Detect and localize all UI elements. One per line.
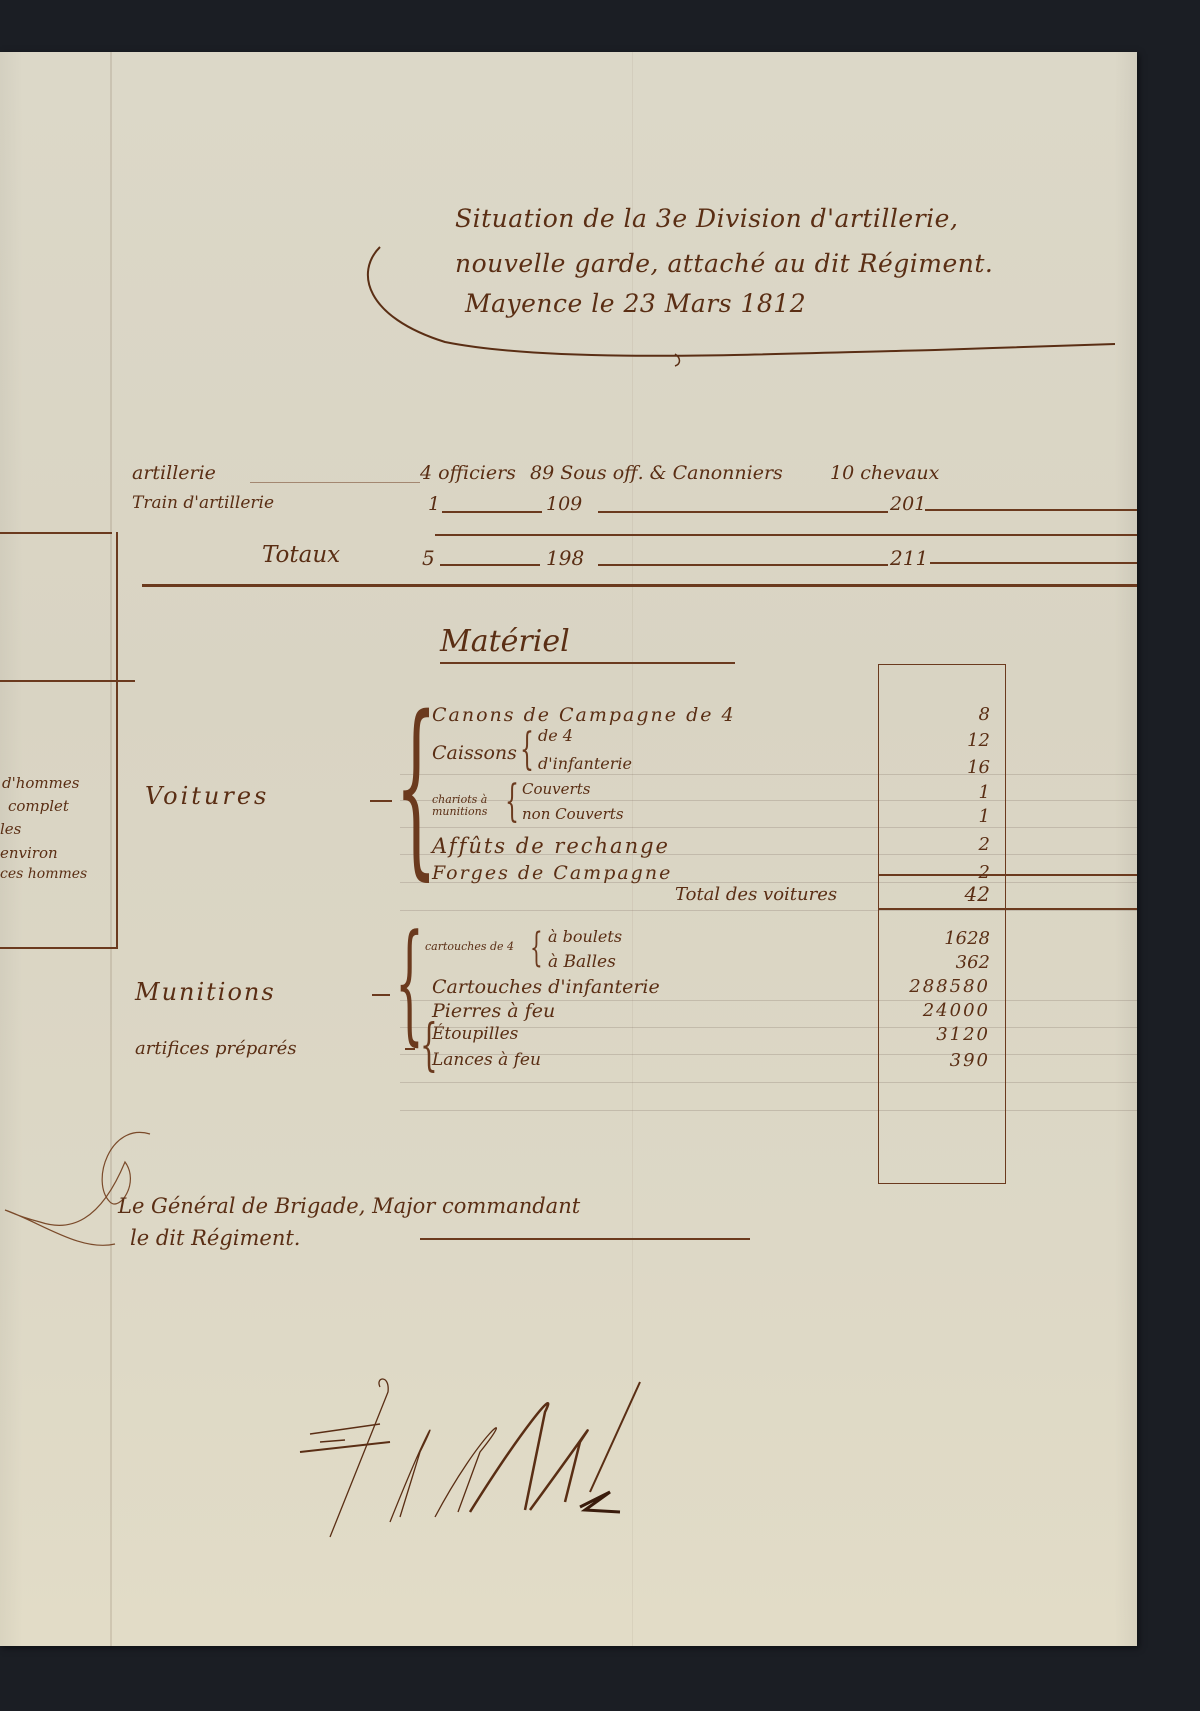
flourish-bracket-icon [355,242,1115,372]
closing-line-1: Le Général de Brigade, Major commandant [118,1194,580,1218]
item-value: 16 [880,757,990,778]
item-label: Étoupilles [432,1024,518,1044]
total-voitures-label: Total des voitures [675,884,837,905]
total-label: Totaux [262,542,340,568]
fragment-line: complet [8,797,69,815]
item-value: 12 [880,730,990,751]
fragment-line: les [0,820,21,838]
item-label: Canons de Campagne de 4 [432,704,736,726]
item-label: Forges de Campagne [432,862,672,884]
item-label: à Balles [548,952,616,972]
item-label: Pierres à feu [432,1000,555,1022]
manuscript-page: Situation de la 3e Division d'artillerie… [0,52,1137,1646]
row-label: artillerie [132,462,216,484]
item-value: 288580 [880,976,990,997]
item-value: 2 [880,862,990,883]
item-label: de 4 [538,726,573,745]
item-label: Couverts [522,780,590,798]
item-value: 1 [880,806,990,827]
heading-line-1: Situation de la 3e Division d'artillerie… [455,204,958,233]
officers-value: 1 [428,493,440,515]
men-value: 109 [546,493,582,515]
fragment-line: ces hommes [0,866,87,882]
item-value: 390 [880,1050,990,1071]
item-label: Cartouches d'infanterie [432,976,660,998]
group-label: chariots à munitions [432,794,502,818]
item-value: 1628 [880,928,990,949]
horses-total: 211 [890,546,928,570]
group-label: cartouches de 4 [425,940,514,953]
item-value: 3120 [880,1024,990,1045]
officers-total: 5 [422,546,435,570]
item-label: Lances à feu [432,1050,541,1070]
item-value: 24000 [880,1000,990,1021]
horses-value: 201 [890,493,926,515]
item-value: 2 [880,834,990,855]
fold-line [110,52,112,1646]
men-value: 89 Sous off. & Canonniers [530,462,783,484]
fragment-line: environ [0,844,58,862]
horses-value: 10 chevaux [830,462,939,484]
officers-value: 4 officiers [420,462,516,484]
item-value: 1 [880,782,990,803]
materiel-title: Matériel [440,624,570,659]
fragment-line: d'hommes [2,774,79,792]
voitures-label: Voitures [145,782,269,810]
row-label: Train d'artillerie [132,493,274,513]
munitions-label: Munitions [135,978,276,1006]
total-voitures-value: 42 [880,882,990,906]
men-total: 198 [546,546,584,570]
item-value: 362 [880,952,990,973]
closing-line-2: le dit Régiment. [130,1226,300,1250]
item-label: à boulets [548,927,622,946]
group-label: Caissons [432,742,517,764]
item-label: d'infanterie [538,754,632,773]
artifices-label: artifices préparés [135,1038,297,1059]
item-label: non Couverts [522,805,624,823]
item-value: 8 [880,704,990,725]
signature-icon [280,1372,700,1542]
item-label: Affûts de rechange [432,834,670,858]
